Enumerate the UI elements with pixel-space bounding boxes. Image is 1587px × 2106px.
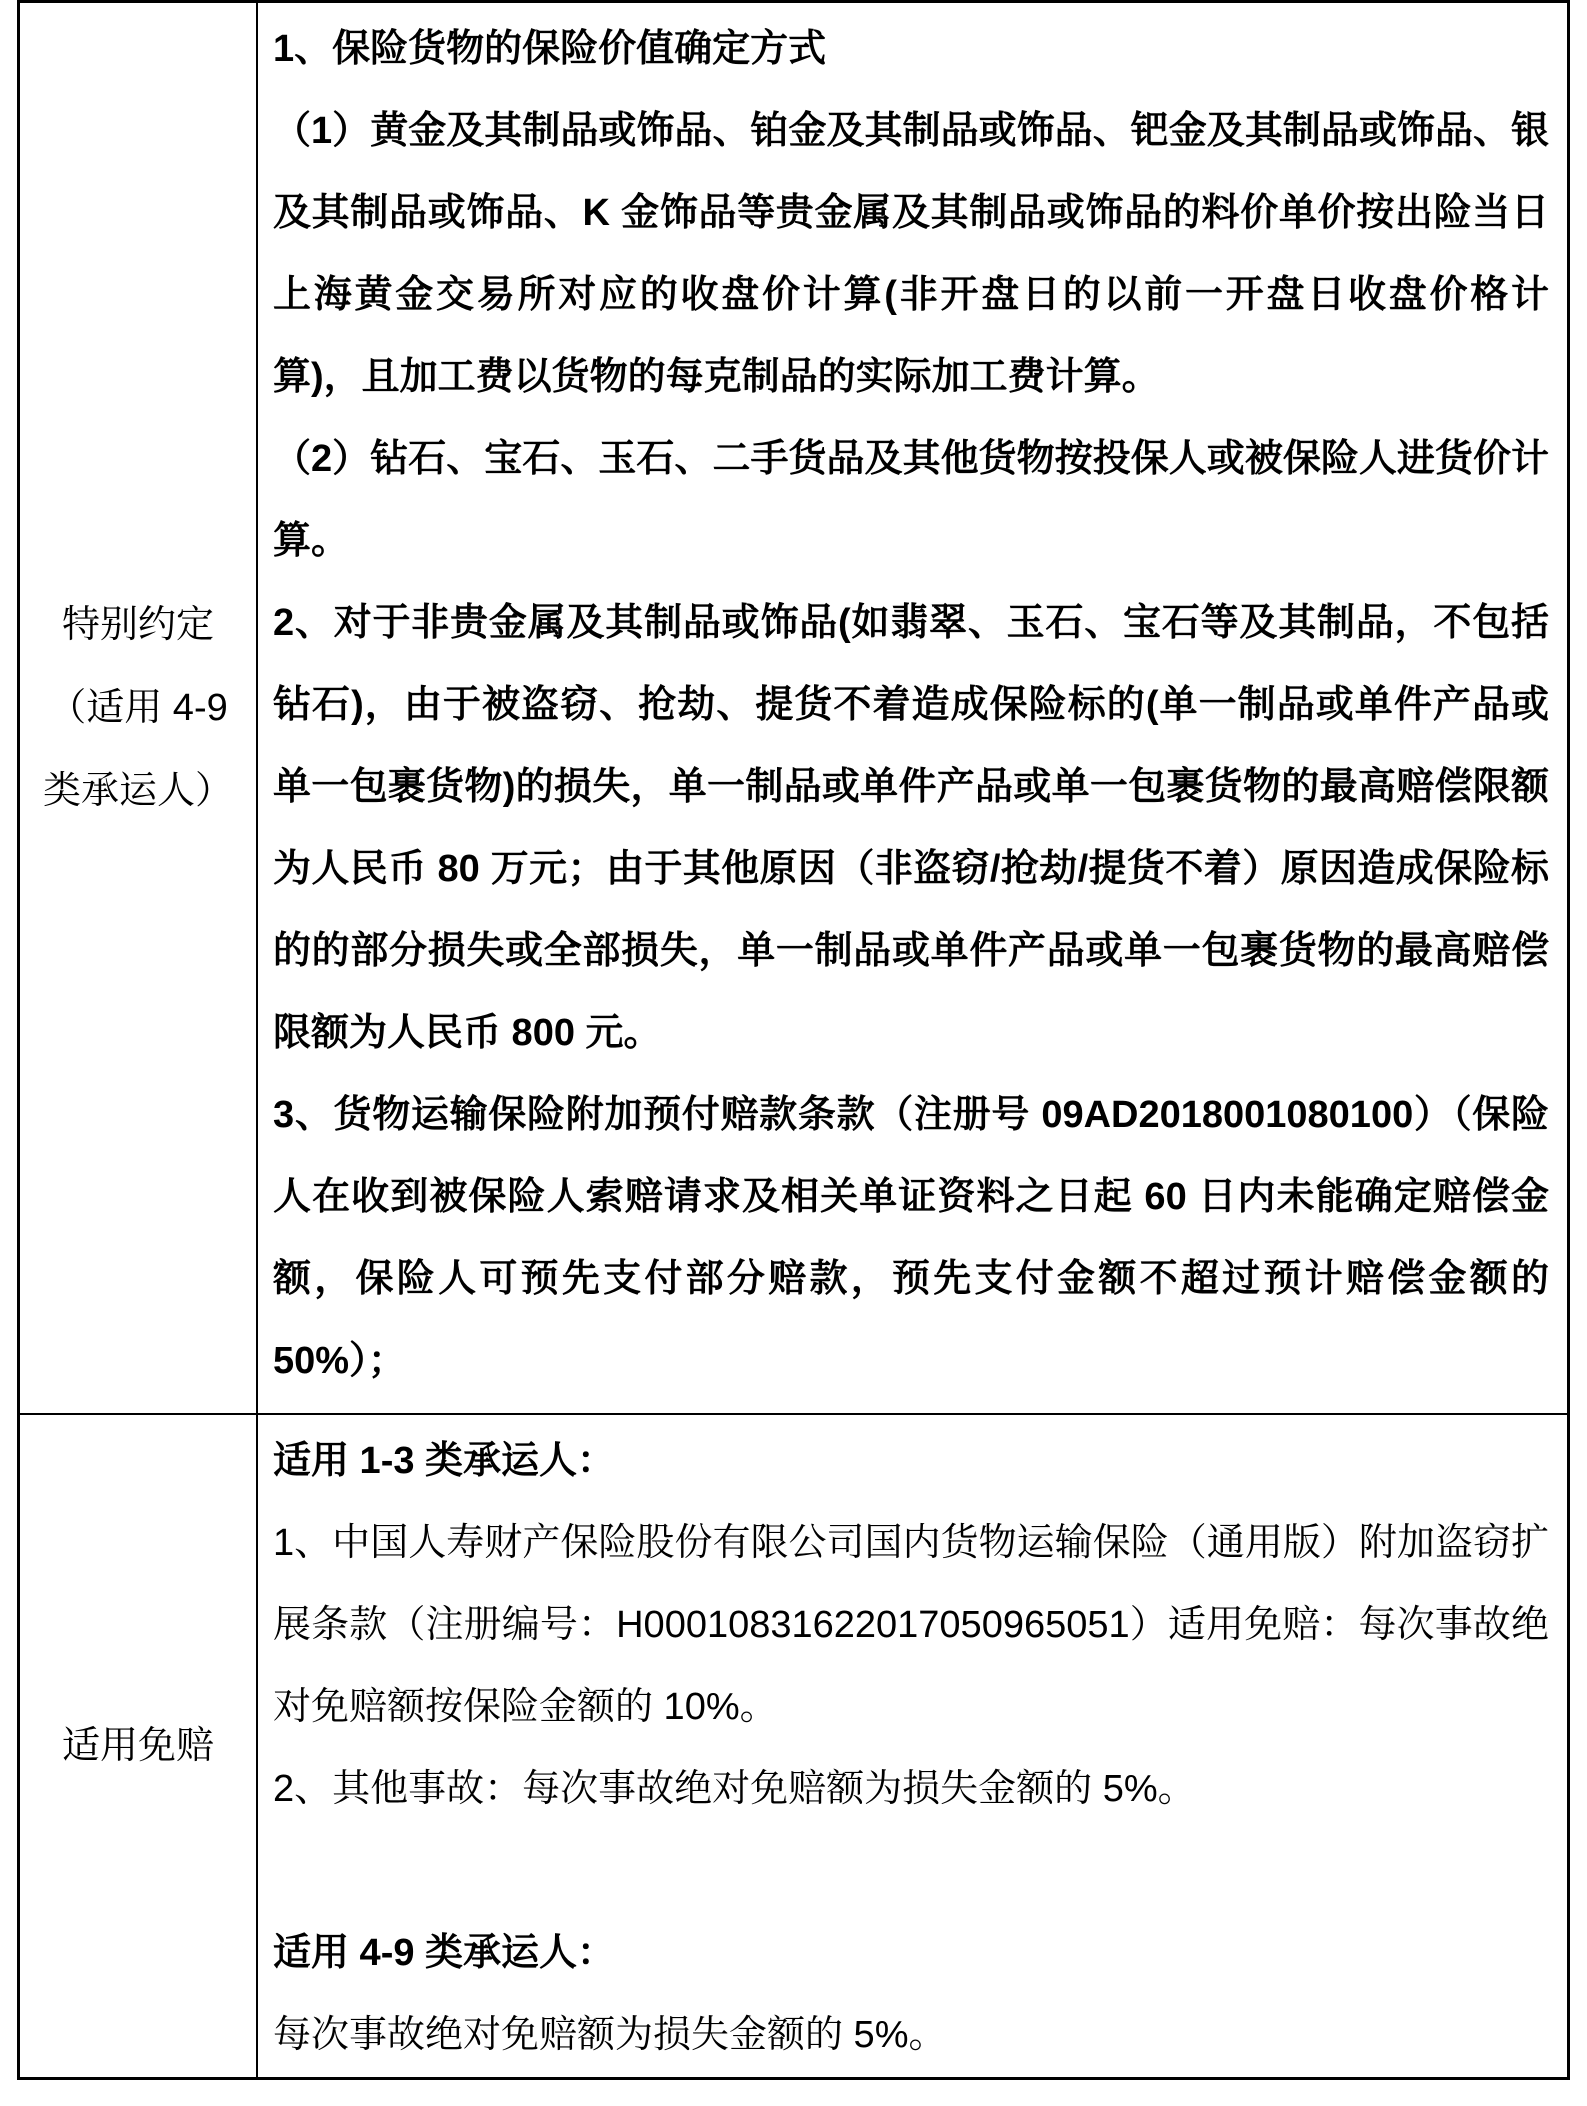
row-label-special-provisions: 特别约定 （适用 4-9 类承运人） [20, 3, 258, 1415]
deductible-content: 适用 1-3 类承运人： 1、中国人寿财产保险股份有限公司国内货物运输保险（通用… [258, 1415, 1567, 2077]
heading-carriers-1-3: 适用 1-3 类承运人： [273, 1420, 1549, 1502]
paragraph-non-precious-limits: 2、对于非贵金属及其制品或饰品(如翡翠、玉石、宝石等及其制品，不包括钻石)，由于… [273, 582, 1549, 1074]
row-label-line: 适用免赔 [62, 1705, 214, 1788]
paragraph-carriers-4-9-deductible: 每次事故绝对免赔额为损失金额的 5%。 [273, 1994, 1549, 2076]
heading-carriers-4-9: 适用 4-9 类承运人： [273, 1912, 1549, 1994]
row-label-line: 类承运人） [43, 750, 233, 833]
paragraph-precious-metals: （1）黄金及其制品或饰品、铂金及其制品或饰品、钯金及其制品或饰品、银及其制品或饰… [273, 90, 1549, 418]
policy-terms-table: 特别约定 （适用 4-9 类承运人） 1、保险货物的保险价值确定方式 （1）黄金… [17, 0, 1570, 2080]
paragraph-prepaid-claims-clause: 3、货物运输保险附加预付赔款条款（注册号 09AD2018001080100）（… [273, 1074, 1549, 1402]
paragraph-insured-value-title: 1、保险货物的保险价值确定方式 [273, 8, 1549, 90]
row-label-line: （适用 4-9 [48, 667, 227, 750]
paragraph-theft-extension-deductible: 1、中国人寿财产保险股份有限公司国内货物运输保险（通用版）附加盗窃扩展条款（注册… [273, 1502, 1549, 1748]
paragraph-gems-secondhand: （2）钻石、宝石、玉石、二手货品及其他货物按投保人或被保险人进货价计算。 [273, 418, 1549, 582]
spacer [273, 1830, 1549, 1912]
row-label-deductible: 适用免赔 [20, 1415, 258, 2077]
special-provisions-content: 1、保险货物的保险价值确定方式 （1）黄金及其制品或饰品、铂金及其制品或饰品、钯… [258, 3, 1567, 1415]
row-label-line: 特别约定 [62, 584, 214, 667]
document-page: 特别约定 （适用 4-9 类承运人） 1、保险货物的保险价值确定方式 （1）黄金… [0, 0, 1587, 2106]
paragraph-other-accidents-deductible: 2、其他事故：每次事故绝对免赔额为损失金额的 5%。 [273, 1748, 1549, 1830]
